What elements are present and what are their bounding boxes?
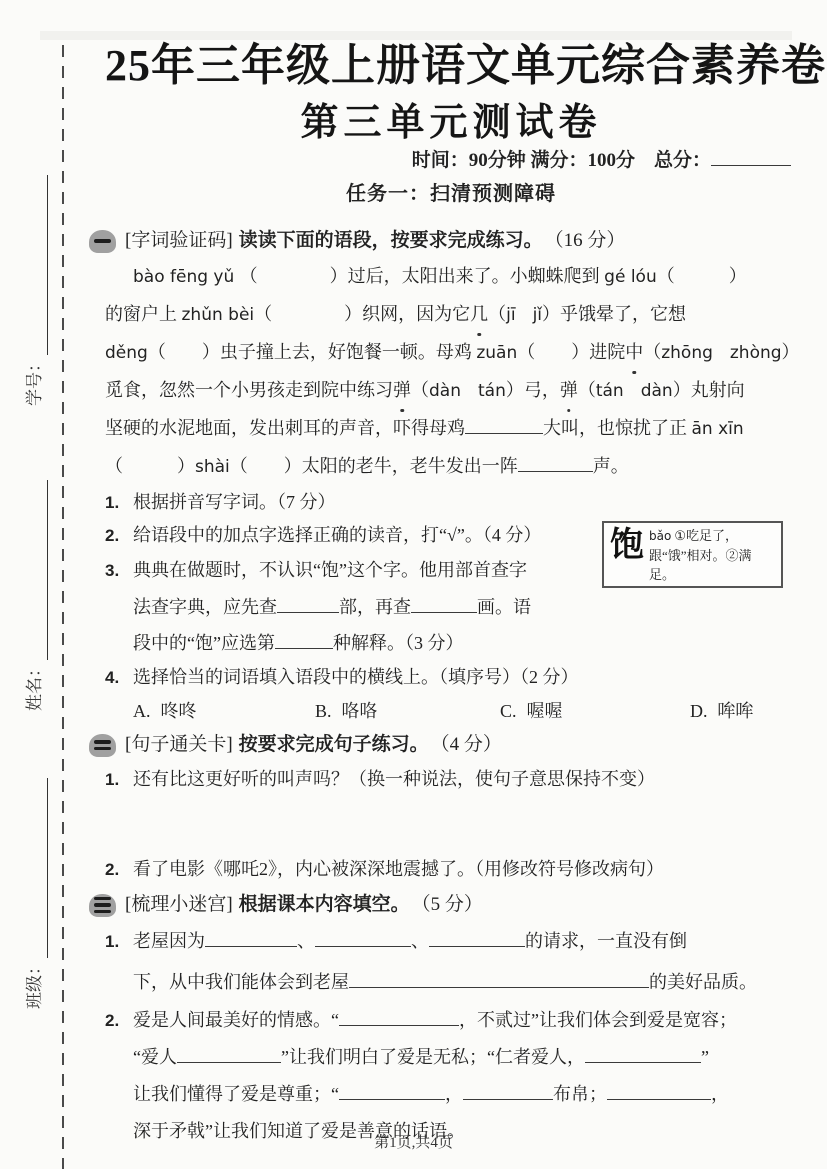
answer-blank [315,929,411,947]
question-text: 根据拼音写字词。（7 分） [133,492,336,512]
dotted-char: 弹 [560,372,578,409]
pinyin-text: ān xīn [692,419,744,439]
text-run: “爱人 [133,1047,177,1067]
text-run: （ ） [105,456,195,476]
passage-line-6: （ ）shài（ ）太阳的老牛，老牛发出一阵声。 [105,448,797,486]
paper-title: 25年三年级上册语文单元综合素养卷 [105,40,797,92]
dictionary-definition-1: ①吃足了， [674,528,738,543]
text-run: 布帛； [553,1084,607,1104]
total-score-blank [711,147,791,166]
answer-blank [463,1082,553,1100]
answer-blank [465,416,543,434]
passage-line-3: děng（ ）虫子撞上去，好饱餐一顿。母鸡 zuān（ ）进院中（zhōng z… [105,334,797,372]
answer-blank [277,595,339,613]
section-1-number-badge [89,230,116,253]
text-run: （ ）虫子撞上去，好饱餐一顿。母鸡 [148,342,477,362]
text-run: 下，从中我们能体会到老屋 [133,972,349,992]
pinyin-text: zuān [476,343,517,363]
passage-line-4: 觅食，忽然一个小男孩走到院中练习弹（dàn tán）弓，弹（tán dàn）丸射… [105,372,797,410]
answer-blank [585,1045,701,1063]
name-field: 姓名： [22,459,48,711]
passage-line-1: bào fēng yǔ （ ）过后，太阳出来了。小蜘蛛爬到 gé lóu（ ） [105,258,797,296]
text-run: （ ）织网，因为它 [254,304,470,324]
answer-blank [411,595,477,613]
text-run: ”让我们明白了爱是无私；“仁者爱人， [281,1047,585,1067]
name-label: 姓名： [22,660,48,711]
question-1-4: 4.选择恰当的词语填入语段中的横线上。（填序号）（2 分） [105,661,797,694]
question-text: 选择恰当的词语填入语段中的横线上。（填序号）（2 分） [133,667,579,687]
answer-blank [429,929,525,947]
question-text: 看了电影《哪吒2》，内心被深深地震撼了。（用修改符号修改病句） [133,859,664,879]
option-a-label: A. [133,701,151,721]
pinyin-text: gé lóu [604,267,657,287]
answer-blank [275,631,333,649]
text-run: （ [488,304,506,324]
question-number: 1. [105,486,133,519]
text-run: 坚硬的水泥地面，发出刺耳的声音，吓得母鸡 [105,418,465,438]
question-number: 2. [105,1002,133,1039]
text-run: 画。语 [477,597,531,617]
text-run: ）弓， [506,380,560,400]
pinyin-text: jī jǐ [506,305,542,325]
text-run: （ [578,380,596,400]
class-blank [27,778,48,958]
text-run: （ [411,380,429,400]
text-run: 部，再查 [339,597,411,617]
answer-blank [205,929,297,947]
option-c: C.喔喔 [500,696,690,727]
question-1-1: 1.根据拼音写字词。（7 分） [105,486,797,519]
question-3-2-line-3: 让我们懂得了爱是尊重；“，布帛；， [105,1076,797,1113]
task-banner: 任务一：扫清预测障碍 [105,181,797,207]
section-2-heading: [句子通关卡] 按要求完成句子练习。 （4 分） [105,729,797,761]
answer-blank [518,454,593,472]
student-id-field: 学号： [22,154,48,406]
question-number: 1. [105,764,133,795]
text-run: （ ）过后，太阳出来了。小蜘蛛爬到 [240,266,605,286]
text-run: ） [782,342,800,362]
text-run: （ ）进院 [517,342,625,362]
pinyin-text: zhōng zhòng [661,343,781,363]
unit-title: 第三单元测试卷 [105,102,797,144]
option-b: B.咯咯 [315,696,500,727]
text-run: 、 [411,931,429,951]
option-d: D.哞哞 [690,696,754,727]
question-text: 还有比这更好听的叫声吗？（换一种说法，使句子意思保持不变） [133,769,655,789]
dictionary-definition-2: 跟“饿”相对。②满足。 [649,548,752,582]
text-run: ）乎饿晕了，它想 [542,304,686,324]
text-run: （ ）太阳的老牛，老牛发出一阵 [230,456,518,476]
pinyin-text: tán dàn [596,381,673,401]
section-2-instruction: 按要求完成句子练习。 [239,729,429,761]
section-3-number-badge [89,894,116,917]
page-number-footer: 第1页,共4页 [0,1132,827,1154]
option-d-text: 哞哞 [718,701,754,721]
binding-dashed-line [62,45,64,1169]
text-run: ，不贰过”让我们体会到爱是宽容； [459,1010,737,1030]
pinyin-text: shài [195,457,230,477]
question-3-1-line-1: 1.老屋因为、、的请求，一直没有倒 [105,921,797,962]
section-1-heading: [字词验证码] 读读下面的语段，按要求完成练习。 （16 分） [105,227,797,255]
text-run: （ ） [657,266,747,286]
class-label: 班级： [22,958,48,1009]
answer-blank [349,970,649,988]
pinyin-text: zhǔn bèi [182,305,255,325]
dotted-char: 中 [625,334,643,371]
text-run: （ [643,342,661,362]
answer-blank [339,1008,459,1026]
question-2-1: 1.还有比这更好听的叫声吗？（换一种说法，使句子意思保持不变） [105,764,797,795]
class-field: 班级： [22,757,48,1009]
text-run: ， [711,1084,729,1104]
dotted-char: 弹 [393,372,411,409]
text-run: 声。 [593,456,629,476]
section-3-tag: [梳理小迷宫] [125,889,233,921]
option-d-label: D. [690,701,708,721]
question-3-1-line-2: 下，从中我们能体会到老屋的美好品质。 [105,962,797,1002]
option-a-text: 咚咚 [161,701,197,721]
option-a: A.咚咚 [133,696,315,727]
text-run: 的美好品质。 [649,972,757,992]
fill-in-line: 老屋因为、、的请求，一直没有倒 [133,931,687,951]
name-blank [27,480,48,660]
exam-info-line: 时间：90分钟 满分：100分 总分： [105,147,797,173]
text-run: 法查字典，应先查 [133,597,277,617]
section-3-heading: [梳理小迷宫] 根据课本内容填空。 （5 分） [105,889,797,921]
text-run: 大叫，也惊扰了正 [543,418,692,438]
dictionary-pinyin: bǎo [649,529,671,543]
text-run: 觅食，忽然一个小男孩走到院中练习 [105,380,393,400]
answer-blank [177,1045,281,1063]
question-number: 2. [105,854,133,885]
section-3-instruction: 根据课本内容填空。 [239,889,410,921]
text-run: 种解释。（3 分） [333,633,464,653]
text-run: 段中的“饱”应选第 [133,633,275,653]
option-b-label: B. [315,701,332,721]
section-2-tag: [句子通关卡] [125,729,233,761]
section-3-score: （5 分） [412,889,483,921]
question-text: 典典在做题时，不认识“饱”这个字。他用部首查字 [133,560,527,580]
text-run: 的窗户上 [105,304,182,324]
student-id-label: 学号： [22,355,48,406]
answer-blank [339,1082,445,1100]
text-run: 让我们懂得了爱是尊重；“ [133,1084,339,1104]
pinyin-text: dàn tán [429,381,506,401]
passage-line-2: 的窗户上 zhǔn bèi（ ）织网，因为它几（jī jǐ）乎饿晕了，它想 [105,296,797,334]
option-c-label: C. [500,701,517,721]
question-number: 2. [105,519,133,552]
option-c-text: 喔喔 [527,701,563,721]
student-id-blank [27,175,48,355]
pinyin-text: bào fēng yǔ [133,267,240,287]
answer-blank [607,1082,711,1100]
text-run: ” [701,1047,709,1067]
dictionary-headword: 饱 [610,526,644,566]
question-number: 4. [105,661,133,694]
exam-paper-page: 学号： 姓名： 班级： 25年三年级上册语文单元综合素养卷 第三单元测试卷 时间… [0,0,827,1169]
pinyin-text: děng [105,343,148,363]
section-2-score: （4 分） [431,729,502,761]
question-number: 1. [105,922,133,962]
question-text: 给语段中的加点字选择正确的读音，打“√”。（4 分） [133,525,541,545]
question-1-4-options: A.咚咚 B.咯咯 C.喔喔 D.哞哞 [105,696,797,727]
passage-line-5: 坚硬的水泥地面，发出刺耳的声音，吓得母鸡大叫，也惊扰了正 ān xīn [105,410,797,448]
text-run: 爱是人间最美好的情感。“ [133,1010,339,1030]
question-2-2: 2.看了电影《哪吒2》，内心被深深地震撼了。（用修改符号修改病句） [105,854,797,885]
question-number: 3. [105,553,133,589]
text-run: 、 [297,931,315,951]
section-1-instruction: 读读下面的语段，按要求完成练习。 [239,227,543,255]
fill-in-line: 爱是人间最美好的情感。“，不贰过”让我们体会到爱是宽容； [133,1010,737,1030]
text-run: ）丸射向 [673,380,745,400]
question-1-3-line-2: 法查字典，应先查部，再查画。语 [105,589,797,625]
text-run: ， [445,1084,463,1104]
section-2-number-badge [89,734,116,757]
exam-info-text: 时间：90分钟 满分：100分 总分： [412,150,711,171]
dotted-char: 几 [470,296,488,333]
text-run: 老屋因为 [133,931,205,951]
question-3-2-line-2: “爱人”让我们明白了爱是无私；“仁者爱人，” [105,1039,797,1076]
option-b-text: 咯咯 [342,701,378,721]
question-3-2-line-1: 2.爱是人间最美好的情感。“，不贰过”让我们体会到爱是宽容； [105,1002,797,1039]
section-1-tag: [字词验证码] [125,227,233,255]
text-run: 的请求，一直没有倒 [525,931,687,951]
section-1-score: （16 分） [545,227,626,255]
dictionary-entry-box: 饱bǎo①吃足了，跟“饿”相对。②满足。 [602,521,783,588]
question-1-3-line-3: 段中的“饱”应选第种解释。（3 分） [105,625,797,661]
